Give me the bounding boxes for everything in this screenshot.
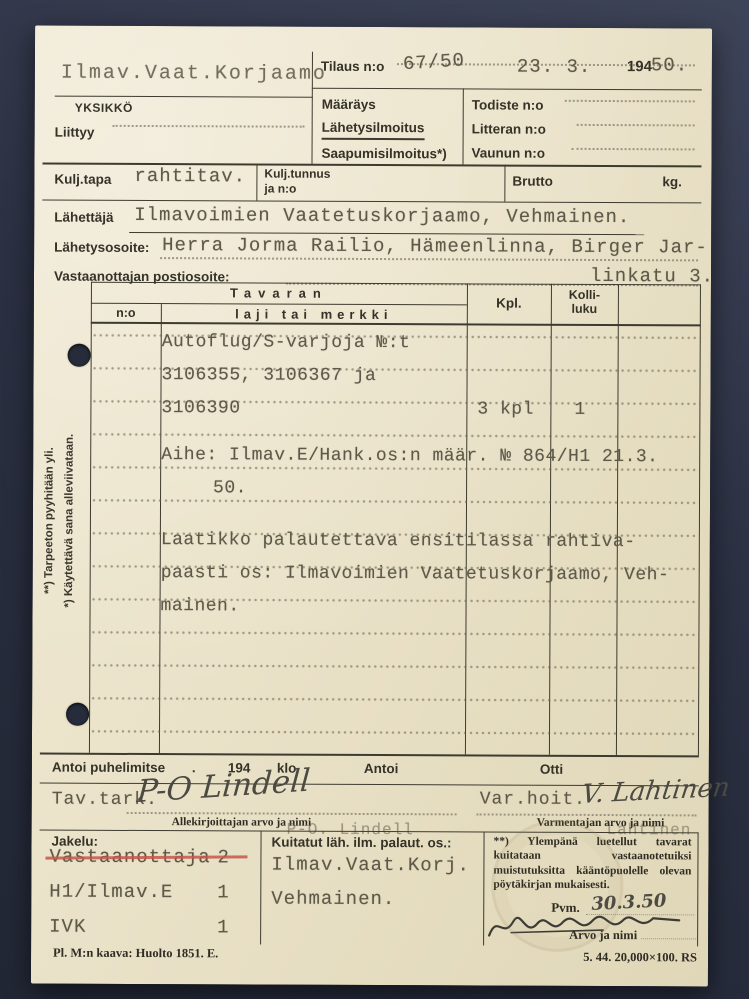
hole-punch-top (68, 344, 91, 367)
margin-footnote: **) Tarpeeton pyyhitään yli. *) Käytettä… (40, 366, 80, 676)
kulj-tapa-label: Kulj.tapa (54, 172, 111, 187)
item-line-1: Autoflug/S-varjoja №:t (162, 332, 411, 353)
kpl-value: 3 kpl (477, 399, 534, 419)
kulj-tunnus-line1: Kulj.tunnus (264, 167, 330, 181)
brutto-label: Brutto (512, 174, 553, 189)
margin-footnote-line2: **) Tarpeeton pyyhitään yli. (40, 366, 61, 676)
tilaus-date: 23. 3. (517, 56, 592, 78)
opt-lahetysilmoitus: Lähetysilmoitus (322, 120, 425, 140)
hole-punch-bottom (66, 703, 89, 726)
tavaran-label: Tavaran (91, 285, 467, 302)
tilaus-value: 67/50 (402, 49, 465, 75)
todiste-dotline (565, 100, 695, 103)
jakelu-row2-name: H1/Ilmav.E (49, 881, 173, 904)
fld-vaunun: Vaunun n:o (472, 145, 546, 160)
lahettaja-label: Lähettäjä (54, 210, 113, 225)
item-line-2: 3106355, 3106367 ja (162, 365, 377, 386)
paper: Ilmav.Vaat.Korjaamo YKSIKKÖ Liittyy Tila… (31, 26, 712, 987)
item-line-4: Aihe: Ilmav.E/Hank.os:n määr. № 864/H1 2… (161, 445, 658, 467)
tilaus-label: Tilaus n:o (321, 59, 385, 74)
kulj-row-line (42, 200, 701, 204)
no-label: n:o (91, 306, 161, 320)
item-line-6: Laatikko palautettava ensitilassa rahtiv… (161, 530, 636, 552)
litteran-dotline (577, 124, 695, 127)
tilaus-underline (312, 88, 702, 91)
yksikko-label: YKSIKKÖ (75, 101, 133, 115)
kg-label: kg. (662, 174, 682, 189)
kolli-label1: Kolli- (551, 288, 618, 302)
liittyy-dotline (113, 125, 305, 128)
header-vline (311, 52, 312, 164)
print-code: 5. 44. 20,000×100. RS (509, 950, 697, 966)
item-line-3: 3106390 (161, 398, 240, 418)
kolli-value: 1 (574, 400, 585, 420)
year-printed: 194 (627, 58, 652, 75)
stamp-mark (491, 820, 624, 953)
tavaran-underline (91, 303, 467, 306)
kuitatut-value1: Ilmav.Vaat.Korj. (271, 854, 470, 877)
sig-left-dotline (127, 812, 457, 815)
bcol-vline3 (697, 832, 698, 946)
item-line-5: 50. (213, 478, 247, 498)
opt-saapumisilmoitus: Saapumisilmoitus*) (322, 146, 447, 162)
kuitatut-label: Kuitatut läh. ilm. palaut. os.: (271, 835, 451, 851)
kulj-tapa-value: rahtitav. (134, 165, 246, 187)
jakelu-row3-name: IVK (49, 916, 86, 938)
sig-right-script: V. Lahtinen (580, 773, 732, 810)
fld-todiste: Todiste n:o (472, 97, 544, 112)
kpl-label: Kpl. (467, 295, 551, 310)
lahettaja-value: Ilmavoimien Vaatetuskorjaamo, Vehmainen. (134, 204, 630, 228)
sig-right-title: Var.hoit. (480, 789, 586, 809)
item-line-7: paasti os: Ilmavoimien Vaatetuskorjaamo,… (161, 563, 670, 585)
header-sub-vline (462, 88, 463, 164)
bcol-vline1 (260, 831, 261, 945)
jakelu-row3-count: 1 (217, 916, 230, 938)
unit-value: Ilmav.Vaat.Korjaamo (61, 62, 327, 86)
item-line-8: mainen. (161, 596, 240, 616)
year-typed: 50. (651, 54, 688, 76)
kulj-vline2 (504, 165, 505, 202)
kulj-vline1 (256, 163, 257, 200)
kuitatut-value2: Vehmainen. (271, 888, 395, 911)
lahetysosoite-label: Lähetysosoite: (54, 240, 149, 255)
vaunun-dotline (572, 148, 695, 151)
unit-underline (55, 96, 313, 98)
kolli-label2: luku (551, 302, 618, 316)
jakelu-row2-count: 1 (217, 881, 230, 903)
lahetysosoite-value: Herra Jorma Railio, Hämeenlinna, Birger … (162, 234, 708, 258)
kulj-tunnus-line2: ja n:o (264, 182, 296, 196)
liittyy-label: Liittyy (55, 125, 95, 140)
laji-label: laji tai merkki (161, 306, 467, 322)
phone-antoi: Antoi (364, 761, 399, 776)
opt-maarays: Määräys (322, 97, 376, 112)
phone-otti: Otti (540, 762, 563, 777)
fld-litteran: Litteran n:o (472, 121, 546, 136)
kaava-label: Pl. M:n kaava: Huolto 1851. E. (53, 946, 218, 962)
margin-footnote-line1: *) Käytettävä sana alleviivataan. (59, 366, 80, 676)
